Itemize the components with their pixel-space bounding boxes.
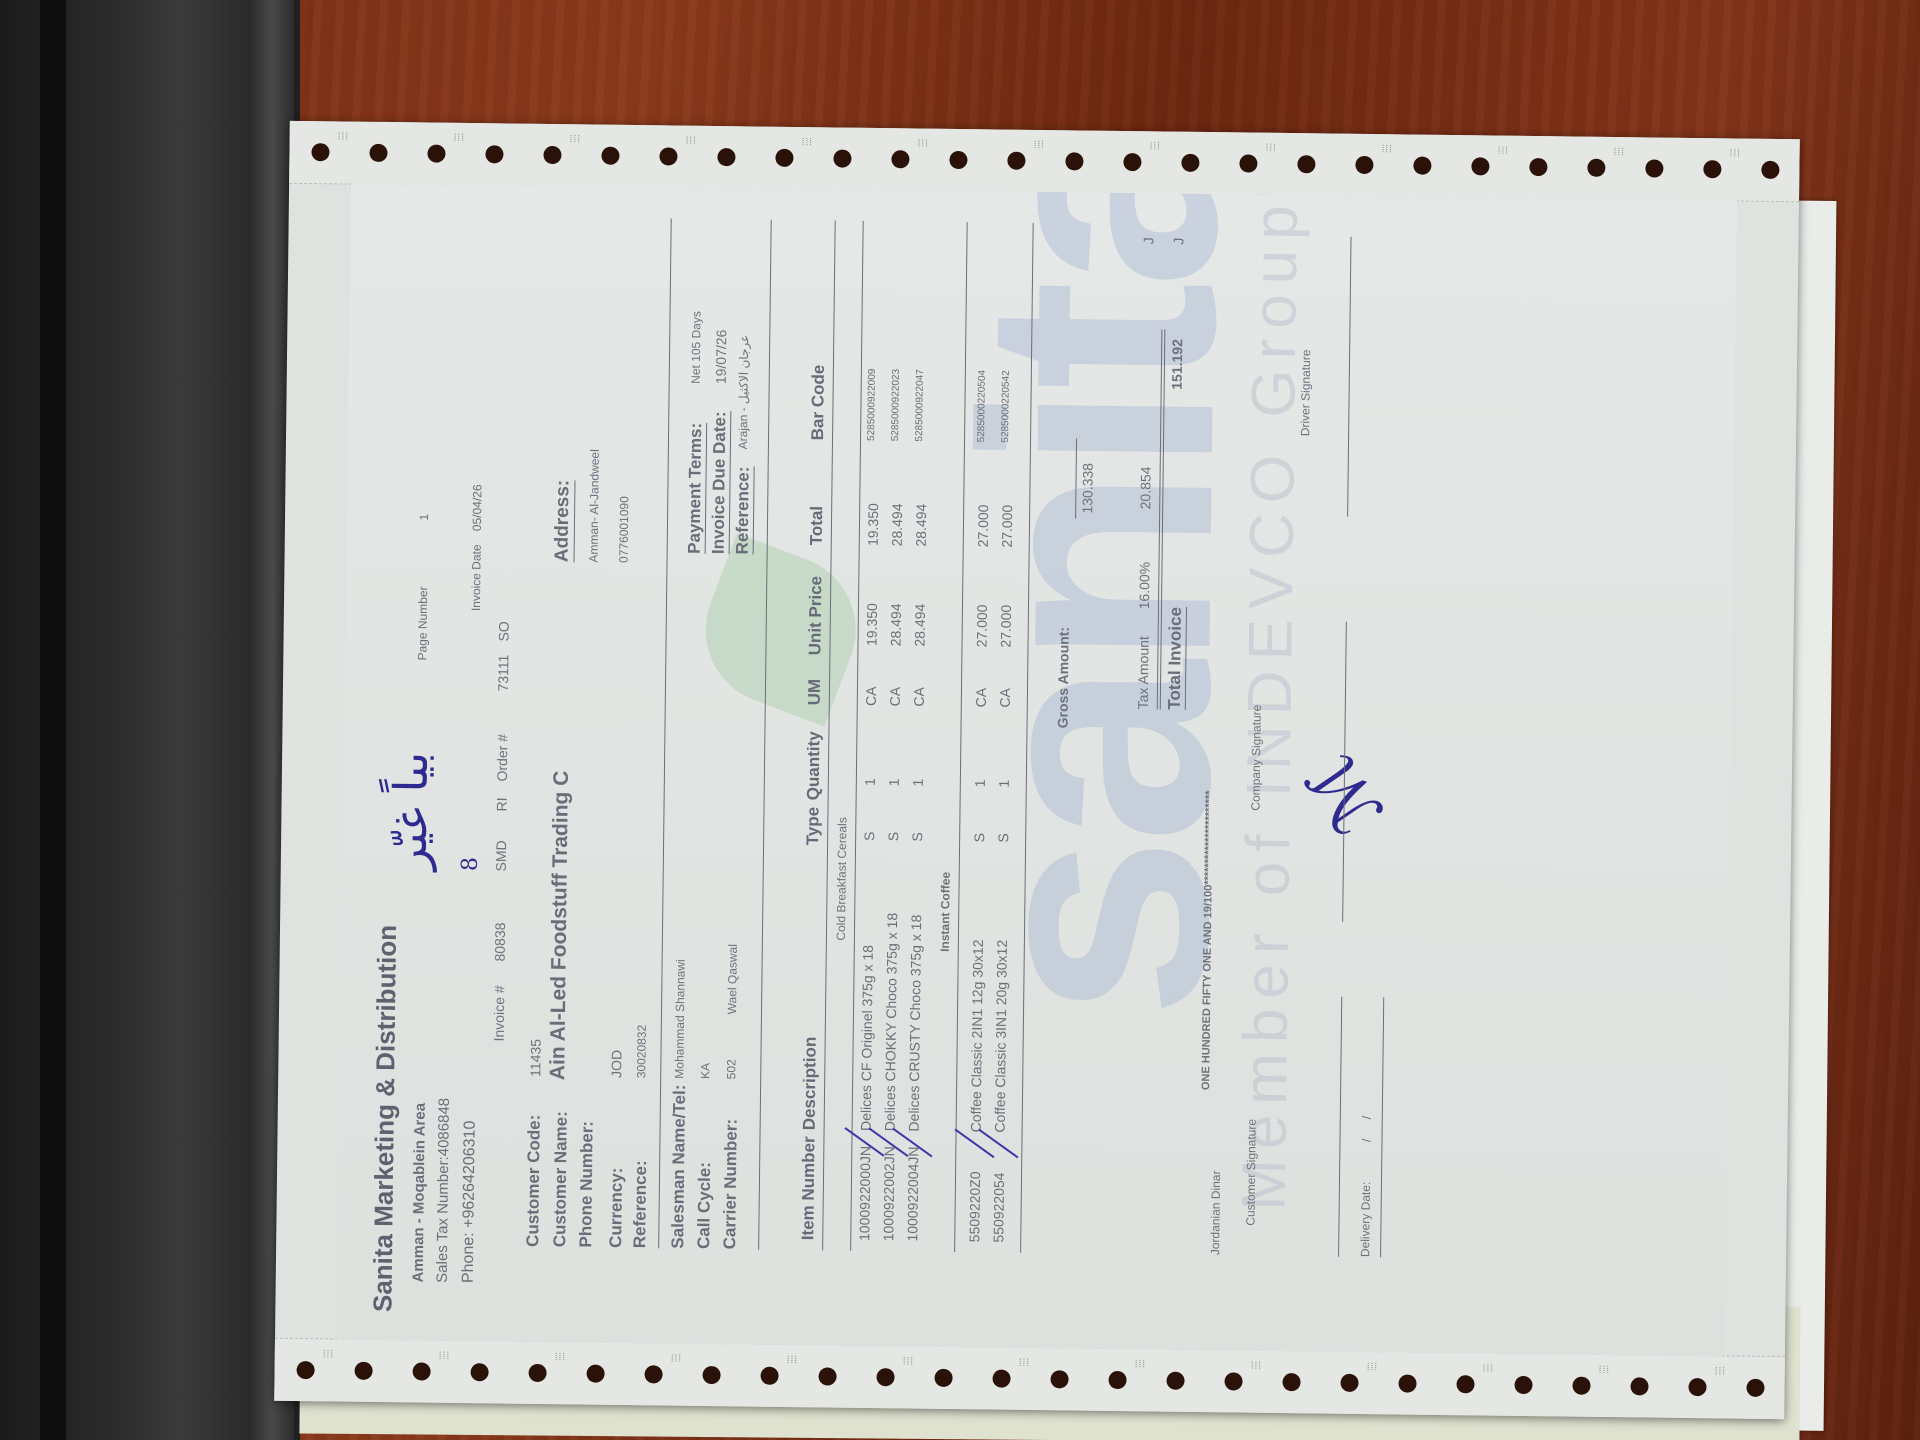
cell-um: CA — [863, 686, 879, 706]
item-group-header: Instant Coffee — [938, 872, 953, 952]
feed-hole — [485, 145, 503, 163]
cell-total: 28.494 — [913, 504, 930, 547]
invoice-number: 80838 — [492, 922, 508, 961]
cell-um: CA — [973, 688, 989, 708]
customer-code-label: Customer Code: — [523, 1115, 545, 1247]
handwritten-mark: 8 — [458, 857, 483, 871]
cell-barcode: 5285000220504 — [976, 370, 988, 442]
perforation-mark: ⁞⁞⁞ — [918, 138, 929, 149]
feed-hole — [1703, 160, 1721, 178]
currency-mark: J — [1140, 237, 1156, 244]
invoice-page: sanita Member of INDEVCO Group Sanita Ma… — [337, 184, 1737, 1357]
cell-type: S — [909, 832, 925, 842]
perforation-mark: ⁞⁞⁞ — [787, 1355, 798, 1366]
customer-name: Ain Al-Led Foodstuff Trading C — [546, 771, 574, 1081]
cell-desc: Coffee Classic 2IN1 12g 30x12 — [968, 939, 986, 1132]
salesman-label: Salesman Name/Tel: — [668, 1084, 690, 1248]
feed-hole — [1224, 1372, 1242, 1390]
customer-code: 11435 — [527, 1039, 543, 1077]
feed-hole — [297, 1361, 315, 1379]
cell-type: S — [861, 832, 877, 842]
feed-hole — [1239, 154, 1257, 172]
customer-signature-line — [1338, 997, 1342, 1257]
feed-hole — [644, 1365, 662, 1383]
cell-desc: Delices CRUSTY Choco 375g x 18 — [906, 915, 925, 1132]
perforation-mark: ⁞⁞⁞ — [903, 1356, 914, 1367]
perforation-mark: ⁞⁞⁞ — [1498, 146, 1509, 157]
perforation-mark: ⁞⁞⁞ — [454, 133, 465, 144]
currency-mark-total: J — [1170, 238, 1186, 245]
handwritten-note: بياً غيّر — [383, 751, 438, 870]
cell-item: 1000922004JN — [904, 1146, 921, 1241]
binder-spine — [40, 0, 66, 1440]
perforation-mark: ⁞⁞⁞ — [802, 137, 813, 148]
perforation-mark: ⁞⁞⁞ — [1367, 1362, 1378, 1373]
call-cycle: KA — [698, 1063, 712, 1079]
cell-barcode: 5285000922047 — [914, 369, 926, 441]
cell-item: 1000922002JN — [880, 1146, 897, 1241]
feed-hole — [1181, 154, 1199, 172]
feed-hole — [949, 151, 967, 169]
address-label: Address: — [552, 480, 576, 563]
perforation-mark: ⁞⁞⁞ — [1019, 1358, 1030, 1369]
cell-barcode: 5285000922023 — [890, 369, 902, 441]
col-total: Total — [807, 506, 827, 546]
carrier-name: Wael Qaswal — [725, 944, 740, 1014]
item-group-header: Cold Breakfast Cereals — [834, 817, 850, 941]
perforation-mark: ⁞⁞⁞ — [1266, 143, 1277, 154]
sales-reference: Arajan - عرجان الاكثيل — [736, 335, 751, 450]
cell-unit-price: 28.494 — [911, 604, 928, 647]
customer-reference: 30020832 — [634, 1025, 649, 1079]
feed-hole — [876, 1368, 894, 1386]
feed-hole — [543, 146, 561, 164]
order-number: 73111 — [495, 655, 511, 692]
feed-hole — [833, 149, 851, 167]
col-um: UM — [805, 679, 825, 706]
page-number-label: Page Number — [415, 586, 430, 660]
watermark-text: Member of INDEVCO Group — [1229, 195, 1312, 1211]
carrier-number-label: Carrier Number: — [720, 1119, 742, 1250]
currency-name: Jordanian Dinar — [1208, 1170, 1223, 1255]
watermark-leaf-icon — [684, 533, 877, 726]
company-tax-number: Sales Tax Number:4086848 — [434, 1098, 453, 1283]
invoice-date: 05/04/26 — [470, 484, 485, 531]
cell-qty: 1 — [886, 778, 902, 786]
feed-hole — [1761, 161, 1779, 179]
cell-unit-price: 27.000 — [973, 604, 990, 647]
feed-hole — [1456, 1375, 1474, 1393]
cell-barcode: 5285000220542 — [1000, 370, 1012, 442]
perforation-mark: ⁞⁞⁞ — [686, 136, 697, 147]
feed-hole — [1688, 1378, 1706, 1396]
feed-hole — [702, 1366, 720, 1384]
sales-reference-label: Reference: — [733, 466, 755, 554]
feed-hole — [1630, 1377, 1648, 1395]
carrier-number: 502 — [724, 1059, 738, 1079]
cell-item: 1000922000JN — [856, 1146, 873, 1241]
gross-amount-label: Gross Amount: — [1055, 627, 1072, 729]
feed-hole — [1050, 1370, 1068, 1388]
customer-signature-label: Customer Signature — [1243, 1119, 1258, 1226]
perforation-mark: ⁞⁞⁞ — [1730, 148, 1741, 159]
perforation-mark: ⁞⁞⁞ — [570, 134, 581, 145]
currency: JOD — [608, 1050, 624, 1078]
cell-unit-price: 27.000 — [997, 605, 1014, 648]
leather-binder — [0, 0, 300, 1440]
company-phone: Phone: +96264206310 — [460, 1121, 480, 1284]
perforation-mark: ⁞⁞⁞ — [1715, 1366, 1726, 1377]
cell-type: S — [995, 833, 1011, 843]
ri-label: RI — [493, 797, 509, 811]
address-line-2: 0776001090 — [616, 496, 631, 563]
cell-type: S — [885, 832, 901, 842]
cell-unit-price: 28.494 — [888, 603, 905, 646]
cell-item: 550922054 — [990, 1172, 1007, 1242]
handwritten-check-icon — [954, 1128, 994, 1158]
due-date-label: Invoice Due Date: — [709, 411, 732, 554]
page-number: 1 — [417, 514, 431, 521]
currency-label: Currency: — [606, 1167, 627, 1248]
perforation-mark: ⁞⁞⁞ — [439, 1351, 450, 1362]
divider-line — [758, 220, 772, 1250]
salesman-name: Mohammad Shannawi — [672, 959, 687, 1079]
total-invoice: 151.192 — [1169, 339, 1186, 390]
gross-amount: 130.338 — [1079, 463, 1096, 514]
cell-type: S — [971, 833, 987, 843]
feed-hole — [1007, 152, 1025, 170]
feed-hole — [934, 1369, 952, 1387]
col-description: Description — [800, 1037, 821, 1131]
invoice-paper: ⁞⁞⁞⁞⁞⁞⁞⁞⁞⁞⁞⁞⁞⁞⁞⁞⁞⁞⁞⁞⁞⁞⁞⁞⁞⁞⁞⁞⁞⁞⁞⁞⁞⁞⁞⁞⁞⁞⁞ … — [274, 121, 1800, 1419]
perforation-mark: ⁞⁞⁞ — [1382, 144, 1393, 155]
cell-um: CA — [997, 688, 1013, 708]
perforation-mark: ⁞⁞⁞ — [323, 1349, 334, 1360]
cell-total: 28.494 — [889, 503, 906, 546]
feed-hole — [1514, 1376, 1532, 1394]
feed-hole — [1123, 153, 1141, 171]
total-invoice-label: Total Invoice — [1165, 607, 1187, 710]
driver-signature-label: Driver Signature — [1298, 349, 1313, 436]
document-code: SMD — [493, 840, 509, 871]
cell-total: 19.350 — [865, 503, 882, 546]
feed-hole — [601, 147, 619, 165]
delivery-date-label: Delivery Date: — [1358, 1182, 1373, 1258]
feed-hole — [818, 1367, 836, 1385]
feed-hole — [1297, 155, 1315, 173]
feed-hole — [1746, 1379, 1764, 1397]
driver-signature-line — [1347, 237, 1351, 517]
cell-um: CA — [911, 687, 927, 707]
due-date: 19/07/26 — [713, 330, 730, 385]
feed-hole — [1529, 158, 1547, 176]
customer-phone-label: Phone Number: — [576, 1121, 598, 1248]
company-address: Amman - Moqablein Area — [410, 1103, 429, 1283]
feed-hole — [1645, 159, 1663, 177]
feed-hole — [891, 150, 909, 168]
cell-unit-price: 19.350 — [864, 603, 881, 646]
perforation-mark: ⁞⁞⁞ — [1034, 140, 1045, 151]
company-signature-label: Company Signature — [1249, 705, 1264, 811]
address-line-1: Amman- Al-Jandweel — [587, 449, 602, 563]
feed-hole — [1572, 1377, 1590, 1395]
perforation-mark: ⁞⁞⁞ — [1483, 1363, 1494, 1374]
perforation-mark: ⁞⁞⁞ — [1614, 147, 1625, 158]
col-bar-code: Bar Code — [808, 365, 829, 441]
cell-total: 27.000 — [999, 505, 1016, 548]
col-type: Type — [803, 807, 823, 846]
cell-item: 5509220Z0 — [966, 1171, 983, 1242]
company-name: Sanita Marketing & Distribution — [367, 925, 403, 1313]
cell-total: 27.000 — [975, 504, 992, 547]
delivery-date-line — [1380, 997, 1384, 1257]
order-type: SO — [496, 621, 512, 641]
feed-hole — [427, 145, 445, 163]
tax-amount: 20.854 — [1137, 466, 1154, 509]
cell-desc: Delices CF Originel 375g x 18 — [858, 945, 876, 1131]
cell-um: CA — [887, 687, 903, 707]
feed-hole — [760, 1367, 778, 1385]
order-number-label: Order # — [494, 734, 511, 782]
perforation-mark: ⁞⁞⁞ — [1150, 141, 1161, 152]
col-item-number: Item Number — [798, 1136, 819, 1240]
perforation-mark: ⁞⁞⁞ — [1599, 1365, 1610, 1376]
feed-hole — [528, 1364, 546, 1382]
col-quantity: Quantity — [804, 731, 825, 800]
call-cycle-label: Call Cycle: — [694, 1162, 715, 1249]
feed-hole — [1065, 152, 1083, 170]
feed-hole — [1398, 1374, 1416, 1392]
amount-in-words: ONE HUNDRED FIFTY ONE AND 19/100********… — [1200, 790, 1216, 1090]
cell-qty: 1 — [862, 778, 878, 786]
perforation-mark: ⁞⁞⁞ — [1251, 1361, 1262, 1372]
cell-qty: 1 — [910, 779, 926, 787]
feed-hole — [1413, 157, 1431, 175]
feed-hole — [1340, 1374, 1358, 1392]
customer-name-label: Customer Name: — [550, 1111, 572, 1247]
col-unit-price: Unit Price — [805, 576, 826, 656]
feed-hole — [355, 1362, 373, 1380]
perforation-mark: ⁞⁞⁞ — [555, 1352, 566, 1363]
tax-rate: 16.00% — [1136, 562, 1153, 610]
perforation-mark: ⁞⁞⁞ — [338, 131, 349, 142]
cell-qty: 1 — [972, 779, 988, 787]
feed-hole — [1282, 1373, 1300, 1391]
perforation-mark: ⁞⁞⁞ — [1135, 1359, 1146, 1370]
feed-hole — [311, 143, 329, 161]
invoice-number-label: Invoice # — [491, 985, 508, 1041]
feed-hole — [717, 148, 735, 166]
feed-hole — [1587, 159, 1605, 177]
invoice-page-area: sanita Member of INDEVCO Group Sanita Ma… — [337, 184, 1737, 1357]
cell-barcode: 5285000922009 — [866, 369, 878, 441]
cell-desc: Delices CHOKKY Choco 375g x 18 — [882, 913, 901, 1132]
feed-hole — [1108, 1371, 1126, 1389]
cell-desc: Coffee Classic 3IN1 20g 30x12 — [992, 940, 1010, 1133]
line-items: Cold Breakfast Cereals1000922000JNDelice… — [337, 184, 351, 1340]
perforation-mark: ⁞⁞⁞ — [671, 1354, 682, 1365]
feed-hole — [1166, 1372, 1184, 1390]
feed-hole — [470, 1363, 488, 1381]
cell-qty: 1 — [996, 780, 1012, 788]
feed-hole — [586, 1365, 604, 1383]
delivery-date: / / — [1359, 1108, 1373, 1142]
payment-terms: Net 105 Days — [689, 311, 704, 384]
feed-hole — [369, 144, 387, 162]
invoice-date-label: Invoice Date — [469, 544, 484, 611]
feed-hole — [775, 149, 793, 167]
feed-hole — [992, 1370, 1010, 1388]
customer-reference-label: Reference: — [630, 1160, 651, 1248]
tax-amount-label: Tax Amount — [1135, 636, 1152, 709]
feed-hole — [1355, 156, 1373, 174]
feed-hole — [1471, 157, 1489, 175]
feed-hole — [659, 147, 677, 165]
feed-hole — [412, 1362, 430, 1380]
payment-terms-label: Payment Terms: — [685, 423, 708, 554]
